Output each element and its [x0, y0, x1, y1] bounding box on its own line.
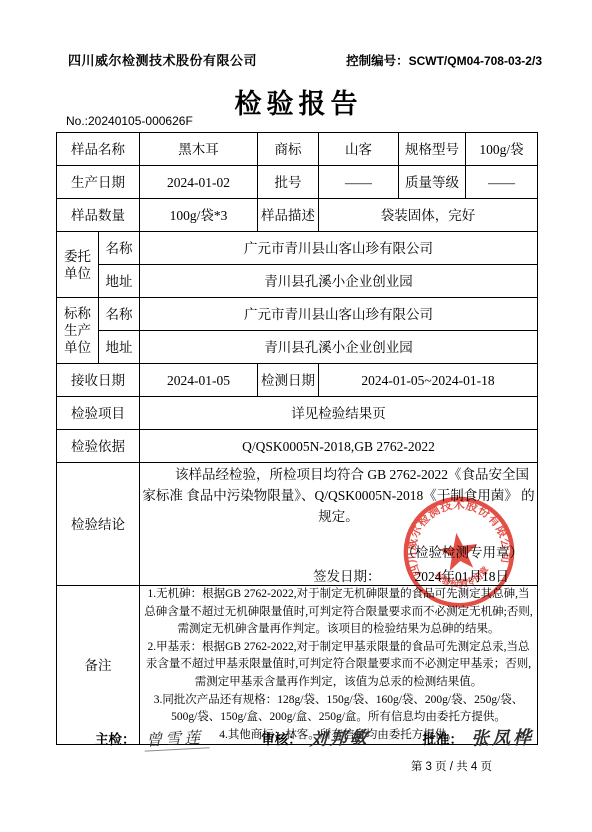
- qty-value: 100g/袋*3: [140, 199, 258, 232]
- table-row: 地址 青川县孔溪小企业创业园: [57, 331, 538, 364]
- remark-item: 2.甲基汞：根据GB 2762-2022,对于制定甲基汞限量的食品可先测定总汞,…: [142, 639, 535, 692]
- issue-date-value: 2024年01月18日: [415, 569, 510, 584]
- items-label: 检验项目: [57, 397, 140, 430]
- batch-value: ——: [319, 166, 399, 199]
- receive-date-value: 2024-01-05: [140, 364, 258, 397]
- table-row: 标称生产单位 名称 广元市青川县山客山珍有限公司: [57, 298, 538, 331]
- batch-label: 批号: [258, 166, 319, 199]
- conclusion-text: 该样品经检验，所检项目均符合 GB 2762-2022《食品安全国家标准 食品中…: [142, 464, 535, 527]
- inspector-signature: 曾雪莲: [143, 722, 209, 751]
- table-row: 检验项目 详见检验结果页: [57, 397, 538, 430]
- table-row: 检验依据 Q/QSK0005N-2018,GB 2762-2022: [57, 430, 538, 463]
- producer-addr-label: 地址: [99, 331, 140, 364]
- approver-signature-block: 批准： 张凤桦: [422, 724, 534, 750]
- lab-company-name: 四川威尔检测技术股份有限公司: [68, 50, 257, 69]
- producer-name-value: 广元市青川县山客山珍有限公司: [140, 298, 538, 331]
- receive-date-label: 接收日期: [57, 364, 140, 397]
- client-name-label: 名称: [99, 232, 140, 265]
- client-name-value: 广元市青川县山客山珍有限公司: [140, 232, 538, 265]
- remark-item: 1.无机砷：根据GB 2762-2022,对于制定无机砷限量的食品可先测定其总砷…: [142, 586, 535, 639]
- control-number-label: 控制编号：: [346, 54, 409, 68]
- items-value: 详见检验结果页: [140, 397, 538, 430]
- table-row: 委托单位 名称 广元市青川县山客山珍有限公司: [57, 232, 538, 265]
- conclusion-cell: 该样品经检验，所检项目均符合 GB 2762-2022《食品安全国家标准 食品中…: [140, 463, 538, 586]
- prod-date-value: 2024-01-02: [140, 166, 258, 199]
- test-date-label: 检测日期: [258, 364, 319, 397]
- inspector-signature-block: 主检： 曾雪莲: [95, 724, 209, 750]
- desc-label: 样品描述: [258, 199, 319, 232]
- issue-date-line: 签发日期：2024年01月18日: [142, 568, 535, 585]
- page-number: 第 3 页 / 共 4 页: [0, 758, 492, 774]
- client-addr-label: 地址: [99, 265, 140, 298]
- inspection-report-page: 四川威尔检测技术股份有限公司 控制编号：SCWT/QM04-708-03-2/3…: [0, 0, 592, 832]
- sample-name-label: 样品名称: [57, 133, 140, 166]
- producer-name-label: 名称: [99, 298, 140, 331]
- sample-name-value: 黑木耳: [140, 133, 258, 166]
- table-row: 样品名称 黑木耳 商标 山客 规格型号 100g/袋: [57, 133, 538, 166]
- reviewer-signature: 刘邦敏: [309, 723, 371, 750]
- basis-value: Q/QSK0005N-2018,GB 2762-2022: [140, 430, 538, 463]
- conclusion-row: 检验结论 该样品经检验，所检项目均符合 GB 2762-2022《食品安全国家标…: [57, 463, 538, 586]
- brand-value: 山客: [319, 133, 399, 166]
- grade-value: ——: [466, 166, 538, 199]
- remarks-cell: 1.无机砷：根据GB 2762-2022,对于制定无机砷限量的食品可先测定其总砷…: [140, 586, 538, 745]
- producer-addr-value: 青川县孔溪小企业创业园: [140, 331, 538, 364]
- table-row: 地址 青川县孔溪小企业创业园: [57, 265, 538, 298]
- producer-group-label: 标称生产单位: [57, 298, 99, 364]
- remarks-label: 备注: [57, 586, 140, 745]
- brand-label: 商标: [258, 133, 319, 166]
- approver-label: 批准：: [422, 724, 463, 748]
- table-row: 生产日期 2024-01-02 批号 —— 质量等级 ——: [57, 166, 538, 199]
- basis-label: 检验依据: [57, 430, 140, 463]
- test-date-value: 2024-01-05~2024-01-18: [319, 364, 538, 397]
- remark-item: 3.同批次产品还有规格：128g/袋、150g/袋、160g/袋、200g/袋、…: [142, 692, 535, 727]
- qty-label: 样品数量: [57, 199, 140, 232]
- desc-value: 袋装固体，完好: [319, 199, 538, 232]
- prod-date-label: 生产日期: [57, 166, 140, 199]
- report-header: 四川威尔检测技术股份有限公司 控制编号：SCWT/QM04-708-03-2/3: [68, 50, 542, 69]
- report-number: No.:20240105-000626F: [66, 114, 193, 128]
- seal-note: （检验检测专用章）: [142, 544, 535, 561]
- report-table: 样品名称 黑木耳 商标 山客 规格型号 100g/袋 生产日期 2024-01-…: [56, 132, 538, 745]
- conclusion-label: 检验结论: [57, 463, 140, 586]
- client-addr-value: 青川县孔溪小企业创业园: [140, 265, 538, 298]
- approver-signature: 张凤桦: [471, 723, 534, 750]
- spec-value: 100g/袋: [466, 133, 538, 166]
- control-number: 控制编号：SCWT/QM04-708-03-2/3: [346, 51, 542, 69]
- reviewer-label: 审核：: [261, 724, 302, 748]
- spec-label: 规格型号: [399, 133, 466, 166]
- reviewer-signature-block: 审核： 刘邦敏: [261, 724, 370, 749]
- remarks-row: 备注 1.无机砷：根据GB 2762-2022,对于制定无机砷限量的食品可先测定…: [57, 586, 538, 745]
- client-group-label: 委托单位: [57, 232, 99, 298]
- issue-date-label: 签发日期：: [313, 569, 381, 584]
- control-number-value: SCWT/QM04-708-03-2/3: [409, 54, 542, 68]
- inspector-label: 主检：: [95, 724, 136, 748]
- signature-row: 主检： 曾雪莲 审核： 刘邦敏 批准： 张凤桦: [95, 724, 534, 750]
- table-row: 样品数量 100g/袋*3 样品描述 袋装固体，完好: [57, 199, 538, 232]
- grade-label: 质量等级: [399, 166, 466, 199]
- table-row: 接收日期 2024-01-05 检测日期 2024-01-05~2024-01-…: [57, 364, 538, 397]
